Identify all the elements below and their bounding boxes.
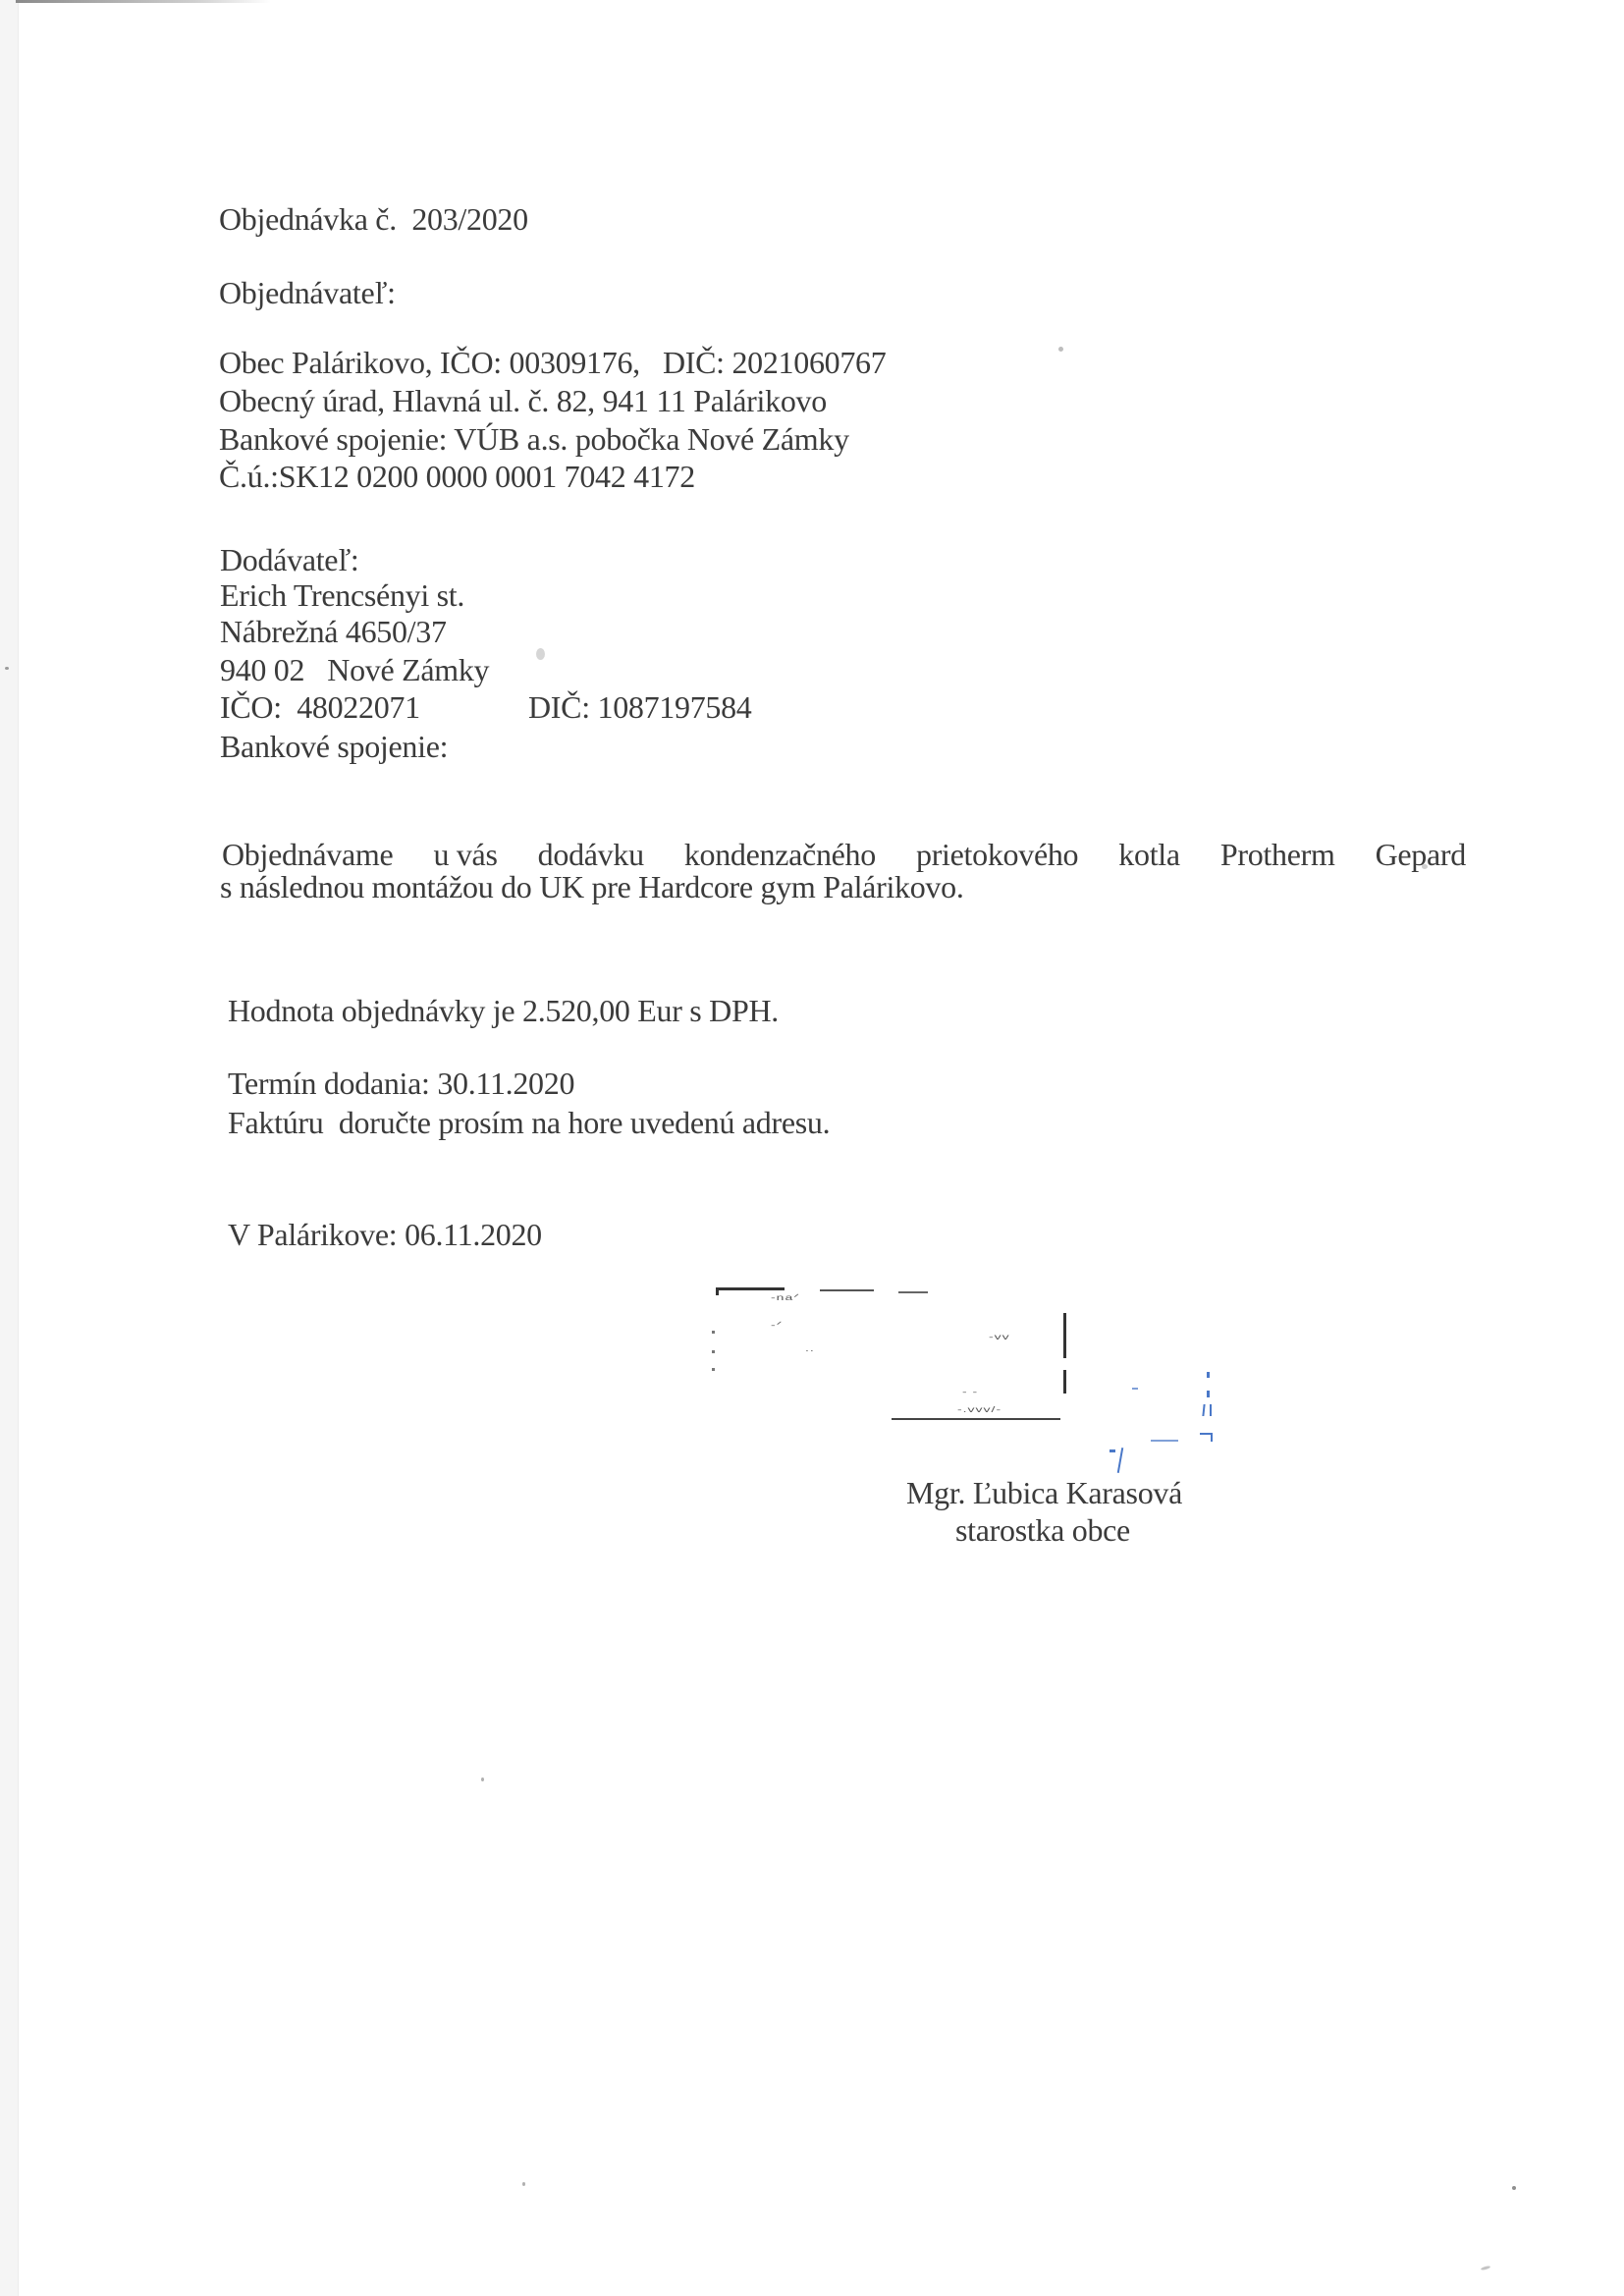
paragraph-word: Gepard <box>1376 837 1466 872</box>
signature-stroke <box>1202 1404 1205 1416</box>
paragraph-word: kotla <box>1118 837 1180 872</box>
scan-speck <box>1422 864 1428 869</box>
stamp-text-fragment: -ᐟ <box>771 1320 784 1330</box>
scan-speck <box>481 1777 484 1781</box>
stamp-dot <box>712 1368 715 1371</box>
order-value: Hodnota objednávky je 2.520,00 Eur s DPH… <box>228 993 779 1028</box>
scan-speck <box>522 2182 525 2186</box>
invoice-note: Faktúru doručte prosím na hore uvedenú a… <box>228 1105 830 1140</box>
order-title: Objednávka č. 203/2020 <box>219 201 528 237</box>
official-stamp: -naᐟ -ᐟ .. -vv - - -.vvv/- <box>712 1282 1075 1429</box>
supplier-street: Nábrežná 4650/37 <box>220 614 447 649</box>
signature-stroke <box>1110 1449 1115 1452</box>
signatory-role: starostka obce <box>955 1512 1130 1548</box>
stamp-border-top-left <box>716 1287 785 1290</box>
signature-stroke <box>1207 1372 1210 1378</box>
scan-edge-left <box>0 0 19 2296</box>
customer-account-line: Č.ú.:SK12 0200 0000 0001 7042 4172 <box>219 459 695 494</box>
scanned-order-document: Objednávka č. 203/2020 Objednávateľ: Obe… <box>0 0 1624 2296</box>
supplier-dic: DIČ: 1087197584 <box>528 689 752 725</box>
scan-speck <box>1058 347 1063 352</box>
stamp-text-fragment: -naᐟ <box>771 1292 800 1302</box>
scan-speck <box>536 648 545 660</box>
customer-bank-line: Bankové spojenie: VÚB a.s. pobočka Nové … <box>219 421 849 457</box>
stamp-border-right-lower <box>1063 1370 1066 1394</box>
signature-stroke <box>1211 1433 1213 1442</box>
customer-address-line: Obecný úrad, Hlavná ul. č. 82, 941 11 Pa… <box>219 383 827 418</box>
stamp-border-bottom <box>892 1418 1060 1420</box>
supplier-bank: Bankové spojenie: <box>220 729 448 764</box>
paragraph-word: prietokového <box>916 837 1078 872</box>
scan-speck <box>1512 2186 1516 2190</box>
stamp-border-top-right <box>898 1291 928 1293</box>
signature-stroke <box>1132 1388 1138 1390</box>
place-and-date: V Palárikove: 06.11.2020 <box>228 1217 542 1252</box>
supplier-city: 940 02 Nové Zámky <box>220 652 489 687</box>
delivery-date: Termín dodania: 30.11.2020 <box>228 1066 574 1101</box>
customer-id-line: Obec Palárikovo, IČO: 00309176, DIČ: 202… <box>219 345 886 380</box>
signature-stroke <box>1210 1404 1212 1416</box>
signatory-name: Mgr. Ľubica Karasová <box>906 1475 1182 1510</box>
stamp-dot <box>712 1350 715 1353</box>
stamp-border-top-mid <box>820 1289 874 1291</box>
signature-stroke <box>1117 1448 1123 1473</box>
scan-speck <box>1481 2266 1490 2270</box>
signature-stroke <box>1151 1440 1178 1442</box>
order-description-line-2: s následnou montážou do UK pre Hardcore … <box>220 869 964 904</box>
supplier-ico: IČO: 48022071 <box>220 689 420 725</box>
signature-stroke <box>1207 1391 1210 1397</box>
supplier-label: Dodávateľ: <box>220 542 359 577</box>
paragraph-word: Protherm <box>1220 837 1335 872</box>
supplier-name: Erich Trencsényi st. <box>220 577 464 613</box>
customer-label: Objednávateľ: <box>219 275 396 310</box>
stamp-border-right-upper <box>1063 1313 1066 1358</box>
stamp-dot <box>712 1331 715 1334</box>
paragraph-word: kondenzačného <box>684 837 876 872</box>
stamp-text-fragment: - - <box>962 1387 978 1396</box>
stamp-text-fragment: -vv <box>989 1332 1010 1341</box>
scan-edge-top <box>16 0 271 3</box>
paragraph-word: dodávku <box>538 837 644 872</box>
paragraph-word: u vás <box>433 837 497 872</box>
order-description-line-1: Objednávameu vásdodávkukondenzačnéhoprie… <box>222 837 1466 872</box>
paragraph-word: Objednávame <box>222 837 393 872</box>
stamp-corner <box>716 1287 719 1295</box>
scan-speck <box>5 667 9 670</box>
stamp-text-fragment: .. <box>805 1343 815 1353</box>
stamp-text-fragment: -.vvv/- <box>957 1404 1001 1414</box>
